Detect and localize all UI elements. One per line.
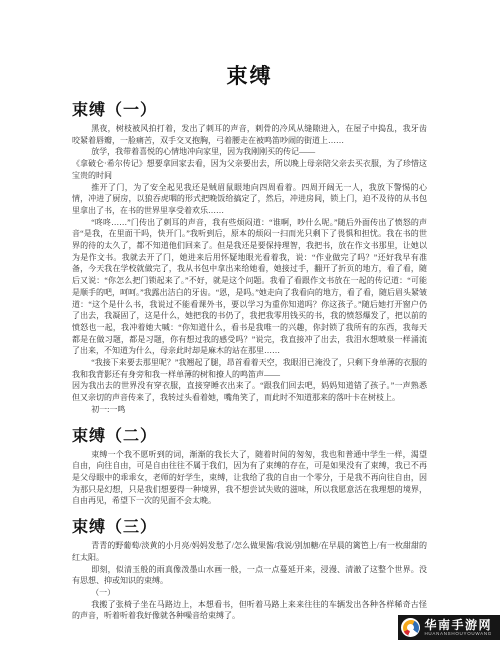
paragraph: 因为我出去的世界没有穿衣服，直接穿睡衣出来了。“跟我们回去吧，妈妈知道错了孩子。… xyxy=(72,380,427,403)
paragraph: 我搬了张椅子坐在马路边上，本想看书，但听着马路上来来往往的车辆发出各种各样稀奇古… xyxy=(72,599,427,622)
subsection-marker: （一） xyxy=(72,587,427,599)
paragraph: 《拿破仑·希尔传记》想要拿回家去看，因为父亲要出去，所以晚上母亲陪父亲去买衣服，… xyxy=(72,158,427,181)
section-2: 束缚（二） 束缚一个我不愿听到的词，渐渐的我长大了，随着时间的匆匆，我也和普通中… xyxy=(72,423,427,508)
section-2-heading: 束缚（二） xyxy=(72,423,427,446)
author-line: 初一:一鸣 xyxy=(72,404,427,416)
document-title: 束缚 xyxy=(72,60,427,90)
paragraph: “我接下来要去那里呢？”我翘起了腿，昂首看着天空，我眼泪已淹没了，只剩下身单薄的… xyxy=(72,357,427,380)
paragraph: “咚咚……”门传出了刺耳的声音，我有些烦闷道：“谁啊，吵什么呢。”随后外面传出了… xyxy=(72,217,427,357)
paragraph: 黑夜，树枝被风拍打着，发出了刺耳的声音，刺骨的冷风从缝隙进入，在屋子中捣乱，我牙… xyxy=(72,123,427,146)
watermark-site-name: 华南手游网 xyxy=(424,619,492,631)
paragraph: 即刻，似清玉般的雨真像泼墨山水画一般，一点一点蔓延开来，浸漫、清澈了这整个世界。… xyxy=(72,564,427,587)
document-page: 束缚 束缚（一） 黑夜，树枝被风拍打着，发出了刺耳的声音，刺骨的冷风从缝隙进入，… xyxy=(0,0,500,647)
section-3-heading: 束缚（三） xyxy=(72,514,427,537)
watermark-text: 华南手游网 HUANANSHOUYOUWANG xyxy=(424,619,492,637)
paragraph: 束缚一个我不愿听到的词，渐渐的我长大了，随着时间的匆匆，我也和普通中学生一样，渴… xyxy=(72,449,427,508)
site-logo-icon xyxy=(401,618,420,637)
paragraph: 推开了门，为了安全起见我还是贼眉鼠眼地向四周看着。四周开阔无一人，我放下警惕的心… xyxy=(72,182,427,217)
watermark-site-subtext: HUANANSHOUYOUWANG xyxy=(424,632,492,637)
page-content: 束缚 束缚（一） 黑夜，树枝被风拍打着，发出了刺耳的声音，刺骨的冷风从缝隙进入，… xyxy=(0,60,500,622)
section-1: 束缚（一） 黑夜，树枝被风拍打着，发出了刺耳的声音，刺骨的冷风从缝隙进入，在屋子… xyxy=(72,97,427,416)
paragraph: 放学，我带着喜悦的心情地冲向家里，因为我刚刚买的传记—— xyxy=(72,146,427,158)
watermark-badge: 华南手游网 HUANANSHOUYOUWANG xyxy=(398,615,500,640)
paragraph: 青青的野葡萄/淡黄的小月亮/妈妈发愁了/怎么做果酱/我说/别加糖/在早晨的篱笆上… xyxy=(72,540,427,563)
section-3: 束缚（三） 青青的野葡萄/淡黄的小月亮/妈妈发愁了/怎么做果酱/我说/别加糖/在… xyxy=(72,514,427,622)
section-1-heading: 束缚（一） xyxy=(72,97,427,120)
